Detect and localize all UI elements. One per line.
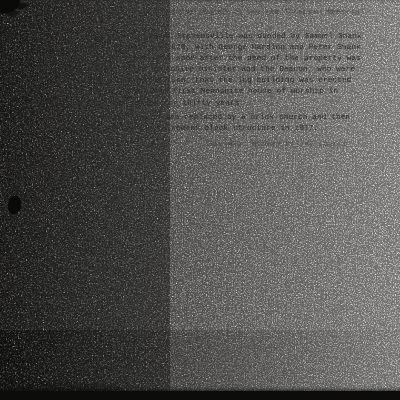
typewritten-line: for worship. This became the first Menno…: [35, 88, 338, 96]
typewritten-line: to the Mennonite Society in 1828, with G…: [34, 44, 361, 52]
typewritten-line: as trustees. It is clear that soon after…: [34, 55, 361, 63]
typewritten-line: it in turn was replaced by a cement bloc…: [34, 125, 318, 133]
attribution-line: Int. Mrs. Audrey Miller Laurie.: [205, 141, 352, 149]
bottom-scan-bar: [0, 391, 400, 400]
typewritten-line: Bertie Township, and served for thirty y…: [31, 100, 244, 108]
typewritten-line: recorded in 1828, by the Mennonite minis…: [33, 66, 355, 74]
typewritten-text-block: may have happened and the old Mennonite …: [0, 0, 400, 400]
typewritten-line: In 1861 the first church was replaced by…: [47, 114, 350, 122]
top-edge-artifact: [0, 0, 400, 3]
typewritten-line: The Church property at Stevensville was …: [68, 33, 362, 41]
typewritten-line: of Christ.: [36, 20, 83, 28]
scanned-document-page: may have happened and the old Mennonite …: [0, 0, 400, 400]
typewritten-line: have been at Jordan trail, and the churc…: [33, 9, 365, 17]
typewritten-line: the trustees of the Congregation; that t…: [34, 77, 351, 85]
